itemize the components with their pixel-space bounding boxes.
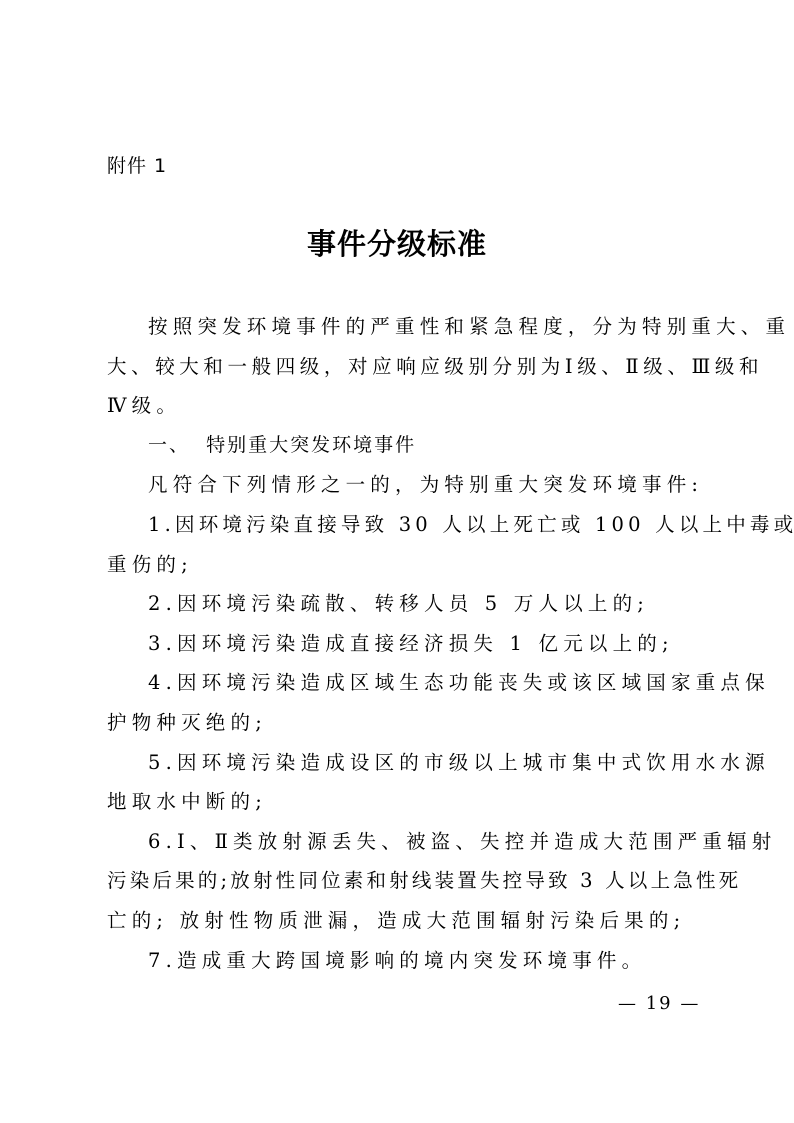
item-4-line-1: 4.因环境污染造成区域生态功能丧失或该区域国家重点保 [107,663,697,703]
document-body: 按照突发环境事件的严重性和紧急程度，分为特别重大、重 大、较大和一般四级，对应响… [107,307,697,980]
item-2: 2.因环境污染疏散、转移人员 5 万人以上的; [107,584,697,624]
document-page: 附件 1 事件分级标准 按照突发环境事件的严重性和紧急程度，分为特别重大、重 大… [0,0,794,1123]
item-6-line-2: 污染后果的;放射性同位素和射线装置失控导致 3 人以上急性死 [107,861,697,901]
attachment-label: 附件 1 [107,152,167,180]
item-6-line-3: 亡的; 放射性物质泄漏，造成大范围辐射污染后果的; [107,901,697,941]
section-intro: 凡符合下列情形之一的，为特别重大突发环境事件: [107,465,697,505]
page-title: 事件分级标准 [0,224,794,264]
item-5-line-2: 地取水中断的; [107,782,697,822]
paragraph-intro-line-2: 大、较大和一般四级，对应响应级别分别为Ⅰ级、Ⅱ级、Ⅲ级和 [107,347,697,387]
paragraph-intro-line-3: Ⅳ级。 [107,386,697,426]
item-5-line-1: 5.因环境污染造成设区的市级以上城市集中式饮用水水源 [107,743,697,783]
item-1-line-1: 1.因环境污染直接导致 30 人以上死亡或 100 人以上中毒或 [107,505,697,545]
paragraph-intro-line-1: 按照突发环境事件的严重性和紧急程度，分为特别重大、重 [107,307,697,347]
item-7: 7.造成重大跨国境影响的境内突发环境事件。 [107,941,697,981]
item-6-line-1: 6.Ⅰ、Ⅱ类放射源丢失、被盗、失控并造成大范围严重辐射 [107,822,697,862]
item-4-line-2: 护物种灭绝的; [107,703,697,743]
item-3: 3.因环境污染造成直接经济损失 1 亿元以上的; [107,624,697,664]
page-number: — 19 — [618,990,700,1018]
section-heading-1: 一、 特别重大突发环境事件 [107,426,697,466]
item-1-line-2: 重伤的; [107,545,697,585]
